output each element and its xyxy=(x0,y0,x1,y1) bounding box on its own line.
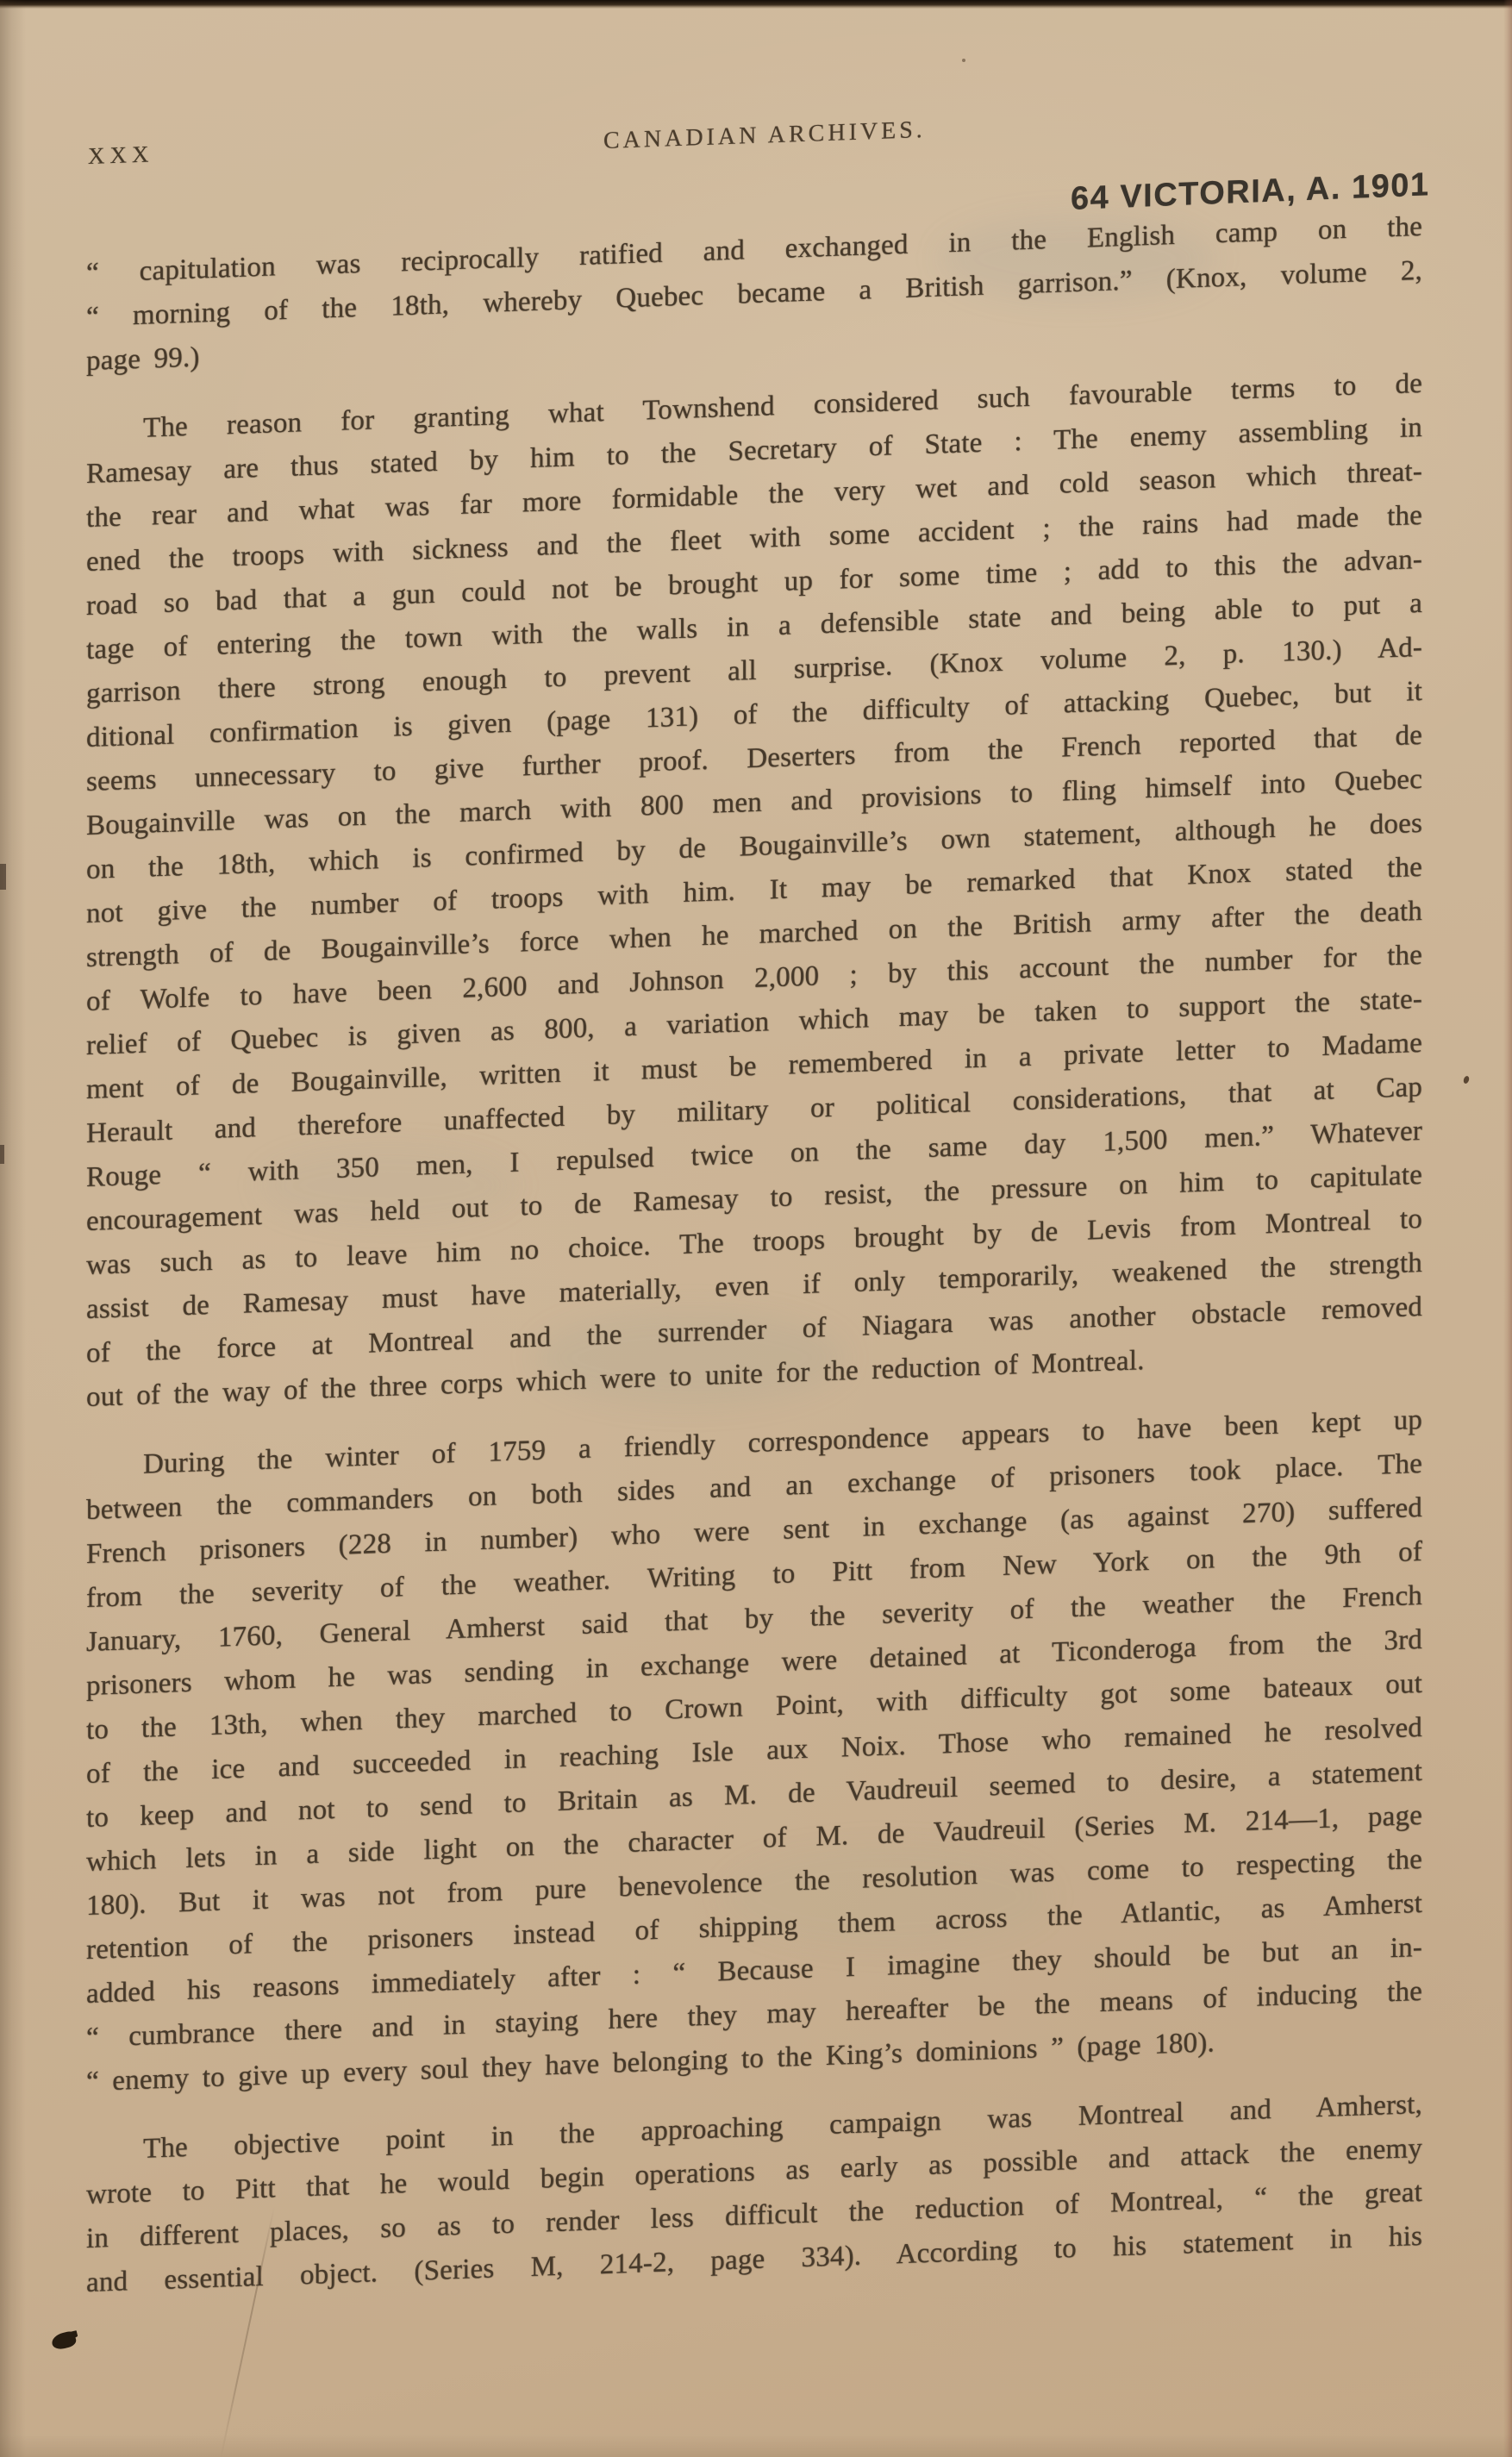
page-number-roman: XXX xyxy=(88,141,154,170)
running-title: CANADIAN ARCHIVES. xyxy=(603,116,931,155)
paper-speck xyxy=(962,59,965,62)
paragraph: During the winter of 1759 a friendly cor… xyxy=(86,1398,1422,2104)
edge-mark xyxy=(0,1145,4,1164)
paragraph: “ capitulation was reciprocally ratified… xyxy=(86,205,1422,384)
scan-right-edge xyxy=(1503,0,1512,2457)
scanned-page: CANADIAN ARCHIVES. XXX 64 VICTORIA, A. 1… xyxy=(0,0,1512,2457)
edge-mark xyxy=(0,864,6,890)
paper-speck xyxy=(369,907,373,911)
paragraph: The objective point in the approaching c… xyxy=(86,2083,1422,2305)
scan-top-edge xyxy=(0,0,1512,9)
paper-speck xyxy=(1463,1075,1471,1085)
scan-bottom-shadow xyxy=(0,2435,1512,2457)
ink-blot xyxy=(50,2330,78,2351)
body-text: “ capitulation was reciprocally ratified… xyxy=(86,205,1422,2305)
paragraph: The reason for granting what Townshend c… xyxy=(86,362,1422,1420)
scan-left-edge xyxy=(0,0,26,2457)
